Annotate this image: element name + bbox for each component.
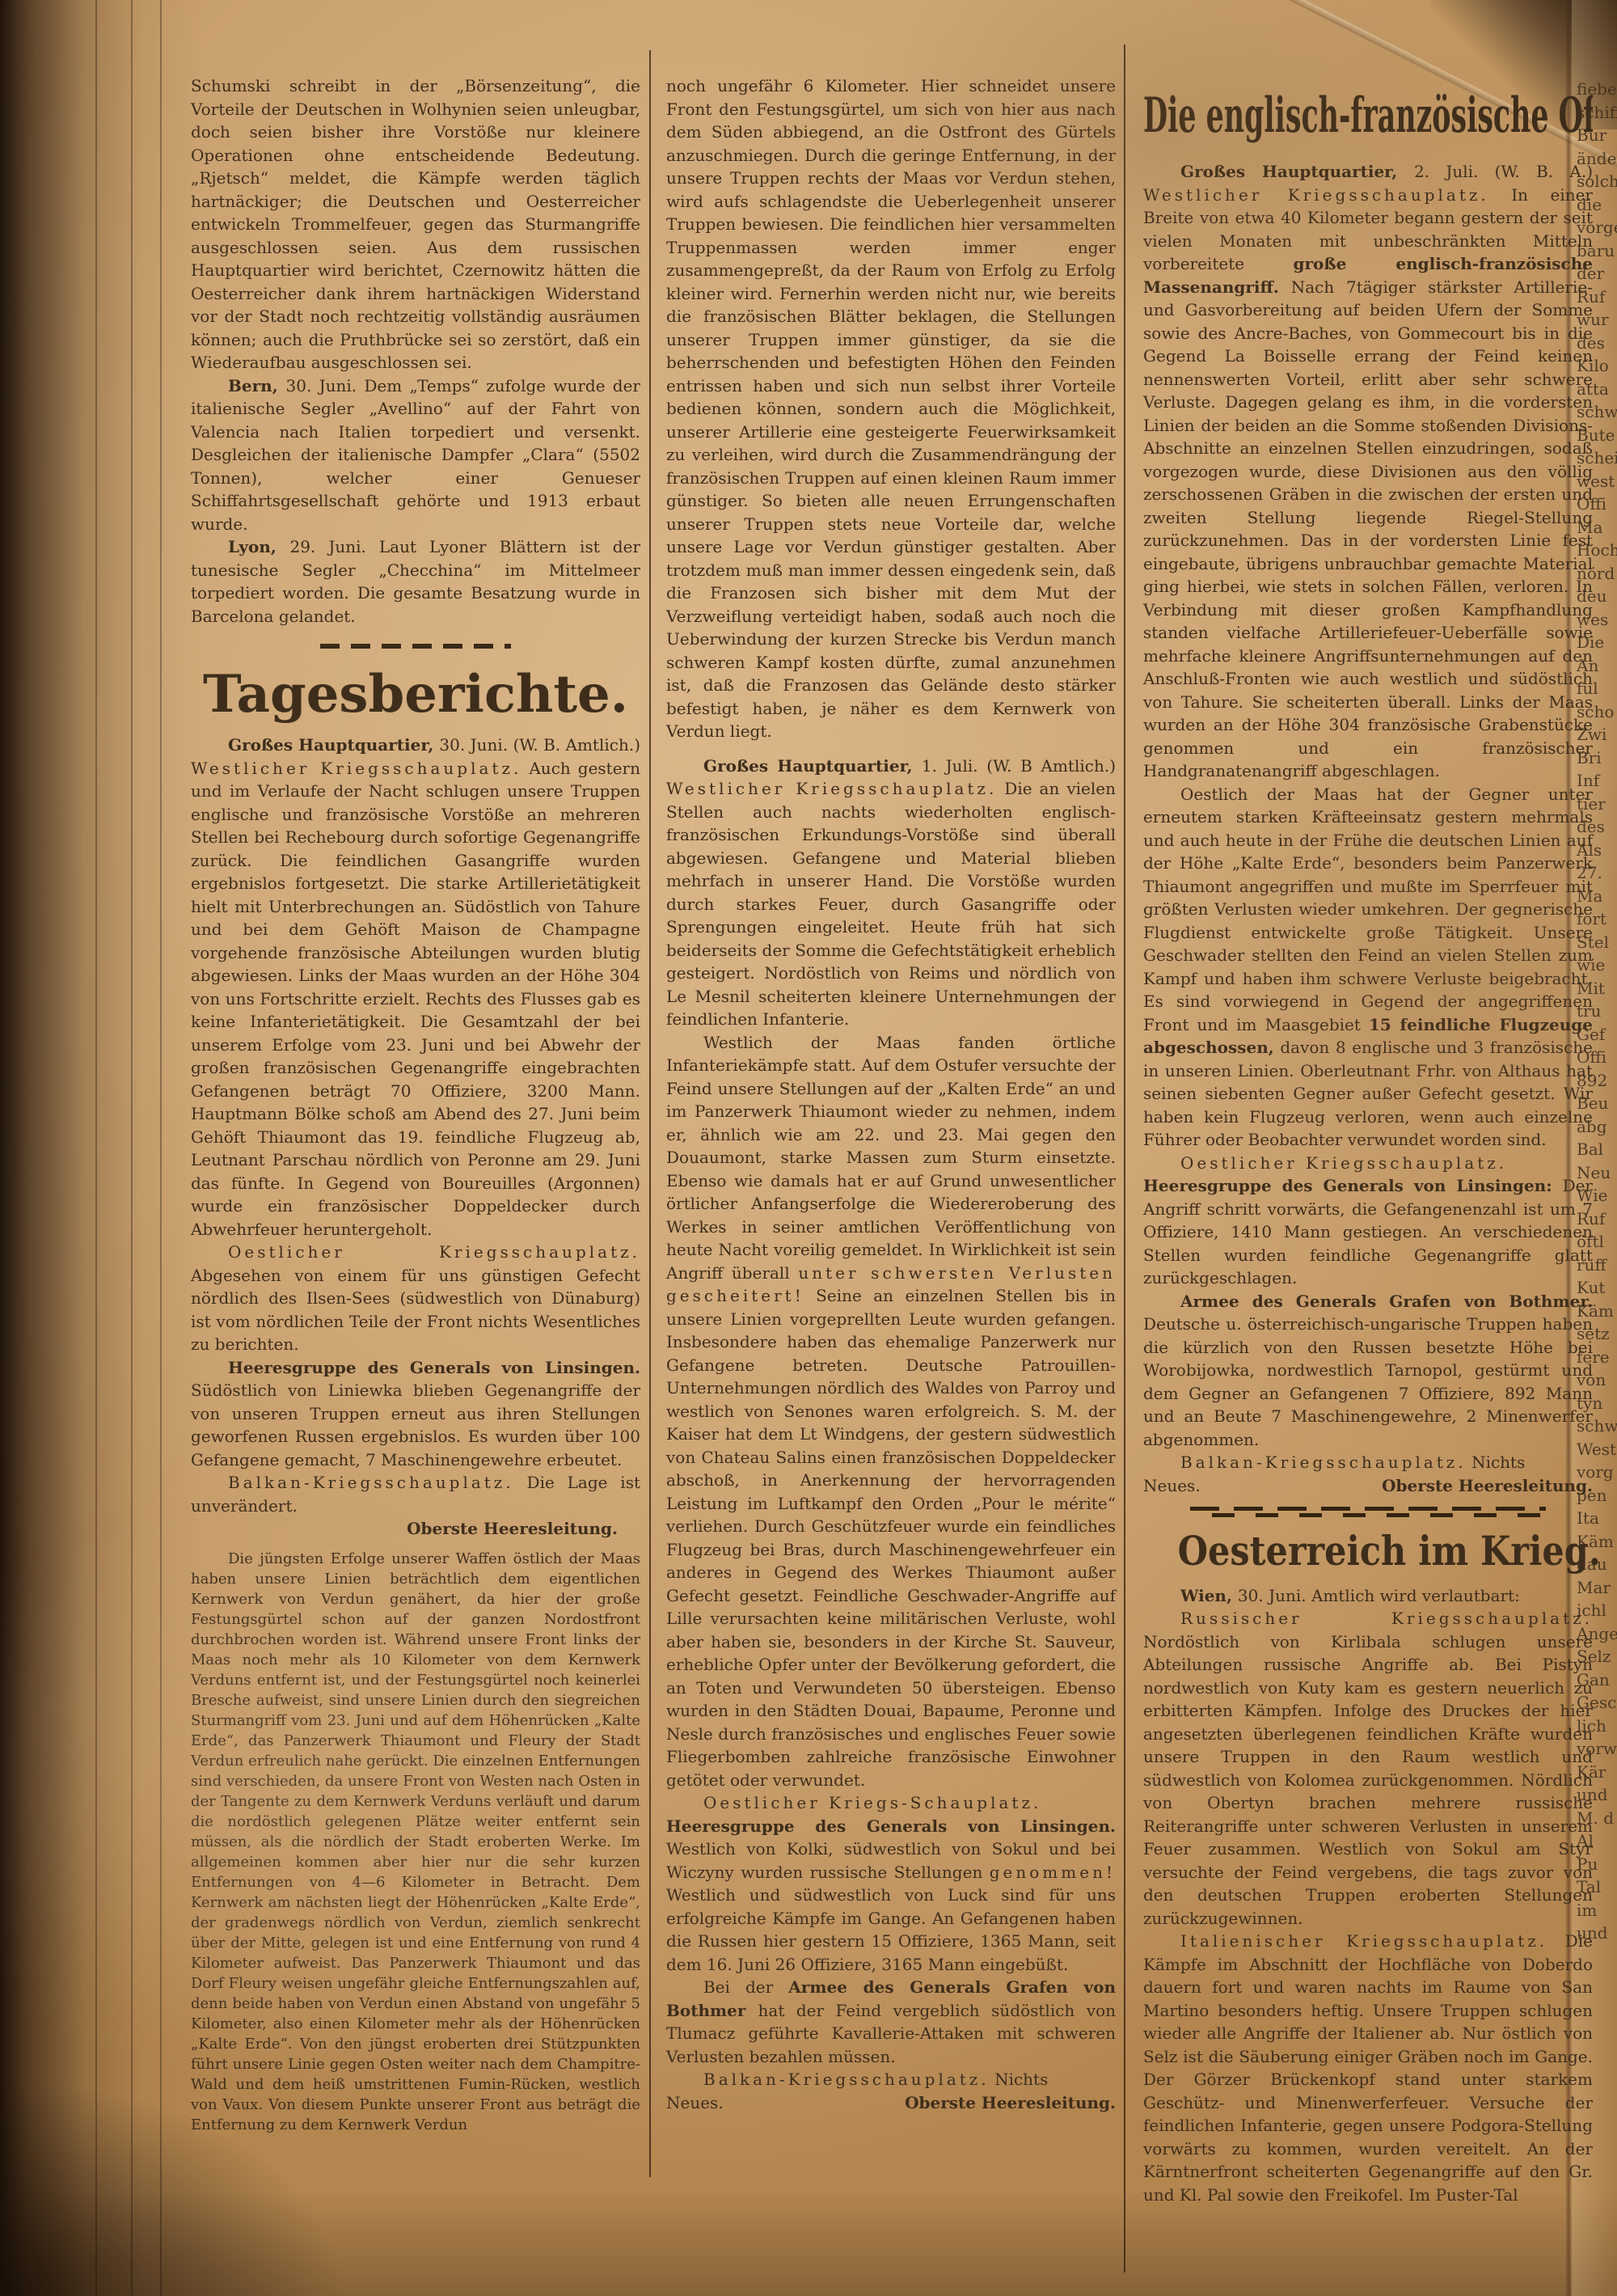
binding-page-edge-line	[95, 0, 97, 2296]
signature-oberste-heeresleitung: Oberste Heeresleitung.	[1382, 1474, 1593, 1498]
text-segment: Westlich der Maas fanden örtliche Infant…	[666, 1033, 1116, 1283]
text-segment: Heeresgruppe des Generals von Linsingen.	[228, 1358, 640, 1377]
balkan-neues: Neues.	[666, 2091, 724, 2115]
text-segment: Balkan-Kriegsschauplatz.	[703, 2070, 990, 2089]
text-segment: Die Kämpfe im Abschnitt der Hochfläche v…	[1143, 1931, 1593, 2205]
text-segment: Russischer Kriegsschauplatz.	[1180, 1609, 1593, 1628]
paragraph-bothmer-3: Armee des Generals Grafen von Bothmer. D…	[1143, 1290, 1593, 1452]
balkan-neues: Neues.	[1143, 1474, 1201, 1498]
signature-line: Neues. Oberste Heeresleitung.	[1143, 1474, 1593, 1498]
text-segment: Westlicher Kriegsschauplatz.	[1143, 185, 1489, 205]
text-segment: Nordöstlich von Kirlibala schlugen unser…	[1143, 1632, 1593, 1928]
headline-oesterreich-text: Oesterreich im Krieg.	[1178, 1530, 1601, 1573]
text-segment: Abgesehen von einem für uns günstigen Ge…	[191, 1266, 640, 1355]
text-segment: Großes Hauptquartier,	[228, 735, 439, 755]
binding-page-edge-line	[131, 0, 133, 2296]
ornamental-divider	[1190, 1507, 1546, 1517]
headline-oesterreich: Oesterreich im Krieg.	[1143, 1530, 1593, 1573]
text-segment: Oestlich der Maas hat der Gegner unter e…	[1143, 784, 1593, 1034]
paragraph-commentary-verdun: Die jüngsten Erfolge unserer Waffen östl…	[191, 1549, 640, 2135]
paragraph-russischer-kriegsschauplatz: Russischer Kriegsschauplatz. Nordöstlich…	[1143, 1607, 1593, 1930]
text-segment: Nichts	[990, 2070, 1049, 2089]
text-segment: Bern,	[228, 376, 286, 395]
text-segment: Auch gestern und im Verlaufe der Nacht s…	[191, 759, 640, 1239]
headline-offensive: Die englisch-französische Offensive.	[1143, 81, 1593, 152]
paragraph-oestlicher-kriegs-schauplatz: Oestlicher Kriegs-Schauplatz.	[666, 1791, 1116, 1815]
newspaper-page-scan: Schumski schreibt in der „Börsenzeitung“…	[0, 0, 1617, 2296]
paragraph-linsingen-3: Heeresgruppe des Generals von Linsingen:…	[1143, 1174, 1593, 1290]
text-segment: Oestlicher Kriegsschauplatz.	[1180, 1153, 1507, 1173]
paragraph-oestlicher-kriegsschauplatz: Oestlicher Kriegsschauplatz. Abgesehen v…	[191, 1241, 640, 1356]
text-segment: noch ungefähr 6 Kilometer. Hier schneide…	[666, 76, 1116, 741]
text-segment: Nichts	[1467, 1452, 1526, 1472]
text-segment: Lyon,	[228, 537, 289, 556]
text-segment: Oestlicher Kriegs-Schauplatz.	[703, 1793, 1041, 1812]
text-segment: Armee des Generals Grafen von Bothmer.	[1180, 1292, 1593, 1311]
paragraph-hq-2-juli: Großes Hauptquartier, 2. Juli. (W. B. A.…	[1143, 160, 1593, 783]
signature-oberste-heeresleitung: Oberste Heeresleitung.	[905, 2091, 1116, 2115]
text-segment: 30. Juni. Amtlich wird verlautbart:	[1238, 1586, 1520, 1605]
column-left: Schumski schreibt in der „Börsenzeitung“…	[191, 74, 640, 2206]
paragraph-hq-1-juli: Großes Hauptquartier, 1. Juli. (W. B Amt…	[666, 755, 1116, 1031]
signature-line: Neues. Oberste Heeresleitung.	[666, 2091, 1116, 2115]
text-segment: Oestlicher Kriegsschauplatz.	[228, 1242, 640, 1262]
text-segment: Italienischer Kriegsschauplatz.	[1180, 1931, 1547, 1951]
text-segment: Balkan-Kriegsschauplatz.	[1180, 1452, 1467, 1472]
paragraph-bern: Bern, 30. Juni. Dem „Temps“ zufolge wurd…	[191, 374, 640, 536]
text-segment: Bei der	[703, 1977, 788, 1997]
paragraph-hq-30-juni: Großes Hauptquartier, 30. Juni. (W. B. A…	[191, 734, 640, 1241]
headline-tagesberichte: Tagesberichte.	[191, 668, 640, 721]
paragraph-armee-bothmer: Bei der Armee des Generals Grafen von Bo…	[666, 1976, 1116, 2068]
paragraph-oestlicher-kriegsschauplatz-3: Oestlicher Kriegsschauplatz.	[1143, 1152, 1593, 1175]
text-segment: Westlicher Kriegsschauplatz.	[191, 759, 521, 778]
text-segment: Wien,	[1180, 1586, 1238, 1605]
section-divider	[320, 644, 511, 649]
paragraph-commentary-continuation: noch ungefähr 6 Kilometer. Hier schneide…	[666, 74, 1116, 743]
paragraph-italienischer-kriegsschauplatz: Italienischer Kriegsschauplatz. Die Kämp…	[1143, 1930, 1593, 2206]
headline-offensive-text: Die englisch-französische Offensive.	[1143, 81, 1593, 150]
signature-oberste-heeresleitung: Oberste Heeresleitung.	[191, 1517, 640, 1541]
binding-page-edge-line	[160, 0, 162, 2296]
text-segment: Südöstlich von Liniewka blieben Gegenang…	[191, 1381, 640, 1469]
paragraph-lyon: Lyon, 29. Juni. Laut Lyoner Blättern ist…	[191, 535, 640, 628]
text-columns: Schumski schreibt in der „Börsenzeitung“…	[191, 74, 1593, 2206]
text-segment: Seine an einzelnen Stellen bis in unsere…	[666, 1286, 1116, 1790]
paragraph-continuation: Schumski schreibt in der „Börsenzeitung“…	[191, 74, 640, 374]
text-segment: Westlich und südwestlich von Luck sind f…	[666, 1885, 1116, 1974]
text-segment: 30. Juni. (W. B. Amtlich.)	[439, 735, 640, 755]
text-segment: Heeresgruppe des Generals von Linsingen.	[666, 1816, 1116, 1836]
text-segment: Großes Hauptquartier,	[1180, 162, 1414, 181]
paragraph-balkan-3: Balkan-Kriegsschauplatz. Nichts	[1143, 1451, 1593, 1474]
paragraph-wien: Wien, 30. Juni. Amtlich wird verlautbart…	[1143, 1584, 1593, 1608]
text-segment: 2. Juli. (W. B. A.)	[1414, 162, 1593, 181]
text-segment: Westlicher Kriegsschauplatz.	[666, 779, 997, 798]
text-segment: Deutsche u. österreichisch-ungarische Tr…	[1143, 1314, 1593, 1449]
paragraph-balkan: Balkan-Kriegsschauplatz. Die Lage ist un…	[191, 1471, 640, 1517]
text-segment: Die an vielen Stellen auch nachts wieder…	[666, 779, 1116, 1029]
text-segment: Schumski schreibt in der „Börsenzeitung“…	[191, 76, 640, 372]
text-segment: 30. Juni. Dem „Temps“ zufolge wurde der …	[191, 376, 640, 534]
text-segment: Heeresgruppe des Generals von Linsingen:	[1143, 1176, 1563, 1195]
column-right: Die englisch-französische Offensive. Gro…	[1143, 74, 1593, 2206]
paragraph-oestlich-der-maas: Oestlich der Maas hat der Gegner unter e…	[1143, 783, 1593, 1152]
text-segment: Die jüngsten Erfolge unserer Waffen östl…	[191, 1550, 640, 2133]
paragraph-heeresgruppe-linsingen-2: Heeresgruppe des Generals von Linsingen.…	[666, 1815, 1116, 1977]
text-segment: Balkan-Kriegsschauplatz.	[228, 1473, 514, 1492]
clipped-column-fragments: fieber schifft Bur ände solche die vorge…	[1577, 78, 1617, 2180]
paragraph-balkan-2: Balkan-Kriegsschauplatz. Nichts	[666, 2068, 1116, 2091]
text-segment: 1. Juli. (W. B Amtlich.)	[922, 756, 1116, 776]
text-segment: Großes Hauptquartier,	[703, 756, 922, 776]
text-segment: genommen!	[990, 1863, 1116, 1882]
text-segment: Nach 7tägiger stärkster Artillerie- und …	[1143, 277, 1593, 781]
paragraph-heeresgruppe-linsingen: Heeresgruppe des Generals von Linsingen.…	[191, 1356, 640, 1472]
paragraph-westlich-der-maas: Westlich der Maas fanden örtliche Infant…	[666, 1031, 1116, 1792]
column-middle: noch ungefähr 6 Kilometer. Hier schneide…	[666, 74, 1116, 2206]
